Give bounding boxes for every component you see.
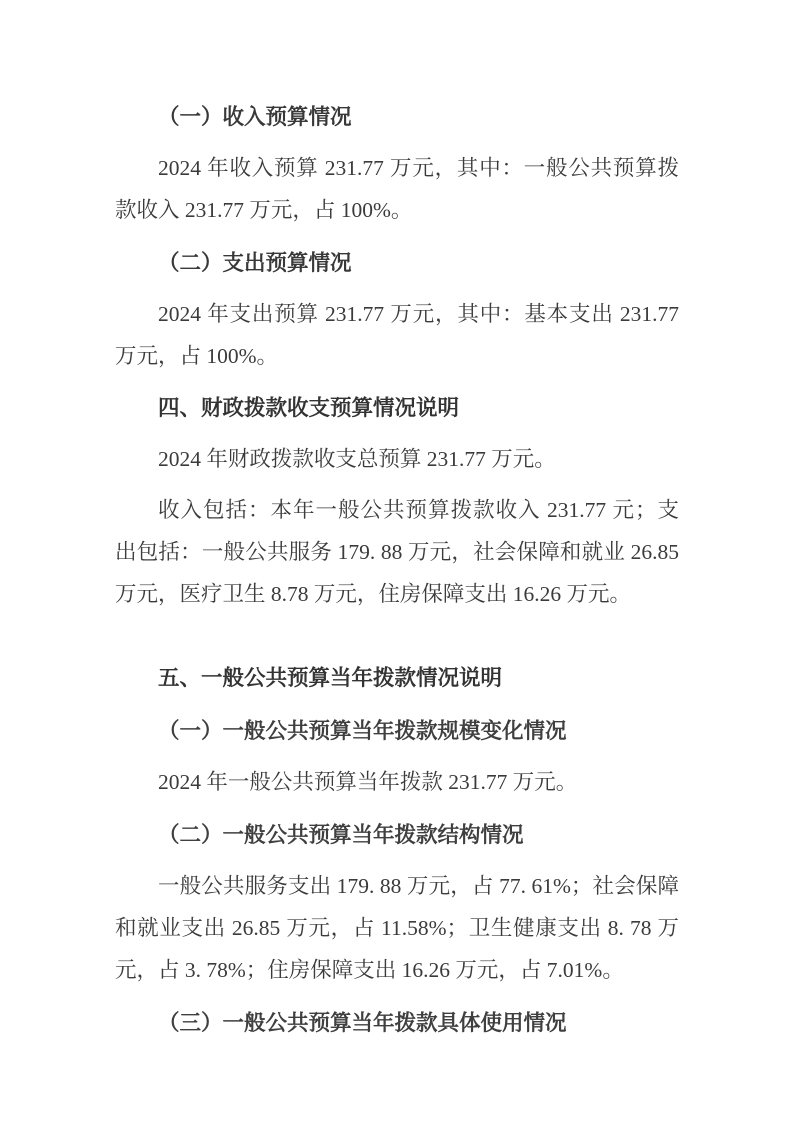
subheading-scale-change: （一）一般公共预算当年拨款规模变化情况 [115, 710, 679, 752]
subheading-specific-usage: （三）一般公共预算当年拨款具体使用情况 [115, 1002, 679, 1044]
paragraph-income-budget-detail: 2024 年收入预算 231.77 万元，其中：一般公共预算拨款收入 231.7… [115, 147, 679, 231]
document-page: （一）收入预算情况 2024 年收入预算 231.77 万元，其中：一般公共预算… [0, 0, 793, 1122]
section-heading-four-fiscal-appropriation: 四、财政拨款收支预算情况说明 [115, 387, 679, 429]
paragraph-expenditure-budget-detail: 2024 年支出预算 231.77 万元，其中：基本支出 231.77 万元，占… [115, 293, 679, 377]
subheading-expenditure-budget: （二）支出预算情况 [115, 242, 679, 284]
subheading-structure: （二）一般公共预算当年拨款结构情况 [115, 814, 679, 856]
section-heading-five-public-budget: 五、一般公共预算当年拨款情况说明 [115, 657, 679, 699]
paragraph-income-expenditure-breakdown: 收入包括：本年一般公共预算拨款收入 231.77 元；支出包括：一般公共服务 1… [115, 489, 679, 615]
paragraph-current-year-appropriation: 2024 年一般公共预算当年拨款 231.77 万元。 [115, 761, 679, 803]
subheading-income-budget: （一）收入预算情况 [115, 96, 679, 138]
paragraph-fiscal-total-budget: 2024 年财政拨款收支总预算 231.77 万元。 [115, 438, 679, 480]
paragraph-structure-breakdown: 一般公共服务支出 179. 88 万元，占 77. 61%；社会保障和就业支出 … [115, 865, 679, 991]
